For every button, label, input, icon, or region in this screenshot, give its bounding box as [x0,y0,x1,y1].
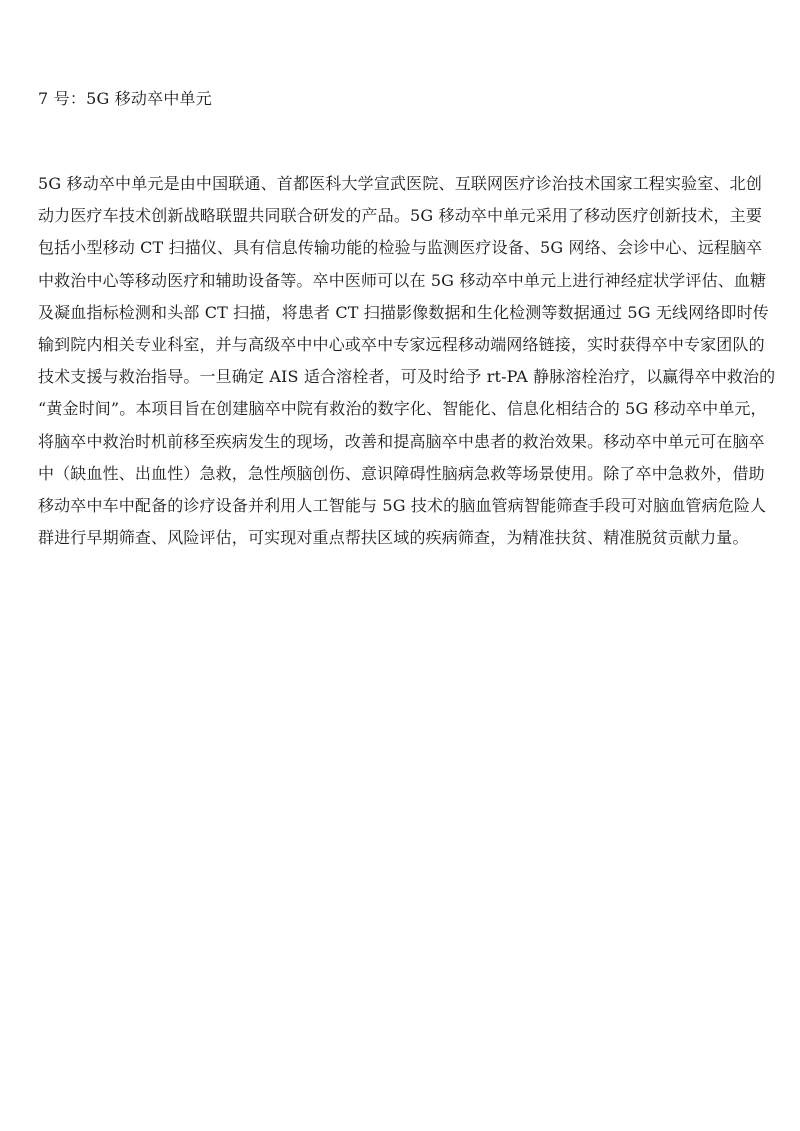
paragraph-line: 及凝血指标检测和头部 CT 扫描，将患者 CT 扫描影像数据和生化检测等数据通过… [38,297,762,329]
paragraph-line: 5G 移动卒中单元是由中国联通、首都医科大学宣武医院、互联网医疗诊治技术国家工程… [38,168,762,200]
paragraph-line: “黄金时间”。本项目旨在创建脑卒中院有救治的数字化、智能化、信息化相结合的 5G… [38,393,762,425]
paragraph-line: 中救治中心等移动医疗和辅助设备等。卒中医师可以在 5G 移动卒中单元上进行神经症… [38,265,762,297]
paragraph-line: 将脑卒中救治时机前移至疾病发生的现场，改善和提高脑卒中患者的救治效果。移动卒中单… [38,426,762,458]
paragraph-line: 群进行早期筛查、风险评估，可实现对重点帮扶区域的疾病筛查，为精准扶贫、精准脱贫贡… [38,522,762,554]
paragraph-line: 中（缺血性、出血性）急救，急性颅脑创伤、意识障碍性脑病急救等场景使用。除了卒中急… [38,458,762,490]
paragraph-line: 输到院内相关专业科室，并与高级卒中中心或卒中专家远程移动端网络链接，实时获得卒中… [38,329,762,361]
section-heading: 7 号：5G 移动卒中单元 [38,88,212,110]
body-paragraph: 5G 移动卒中单元是由中国联通、首都医科大学宣武医院、互联网医疗诊治技术国家工程… [38,168,762,554]
paragraph-line: 技术支援与救治指导。一旦确定 AIS 适合溶栓者，可及时给予 rt-PA 静脉溶… [38,361,762,393]
paragraph-line: 动力医疗车技术创新战略联盟共同联合研发的产品。5G 移动卒中单元采用了移动医疗创… [38,200,762,232]
paragraph-line: 移动卒中车中配备的诊疗设备并利用人工智能与 5G 技术的脑血管病智能筛查手段可对… [38,490,762,522]
paragraph-line: 包括小型移动 CT 扫描仪、具有信息传输功能的检验与监测医疗设备、5G 网络、会… [38,232,762,264]
